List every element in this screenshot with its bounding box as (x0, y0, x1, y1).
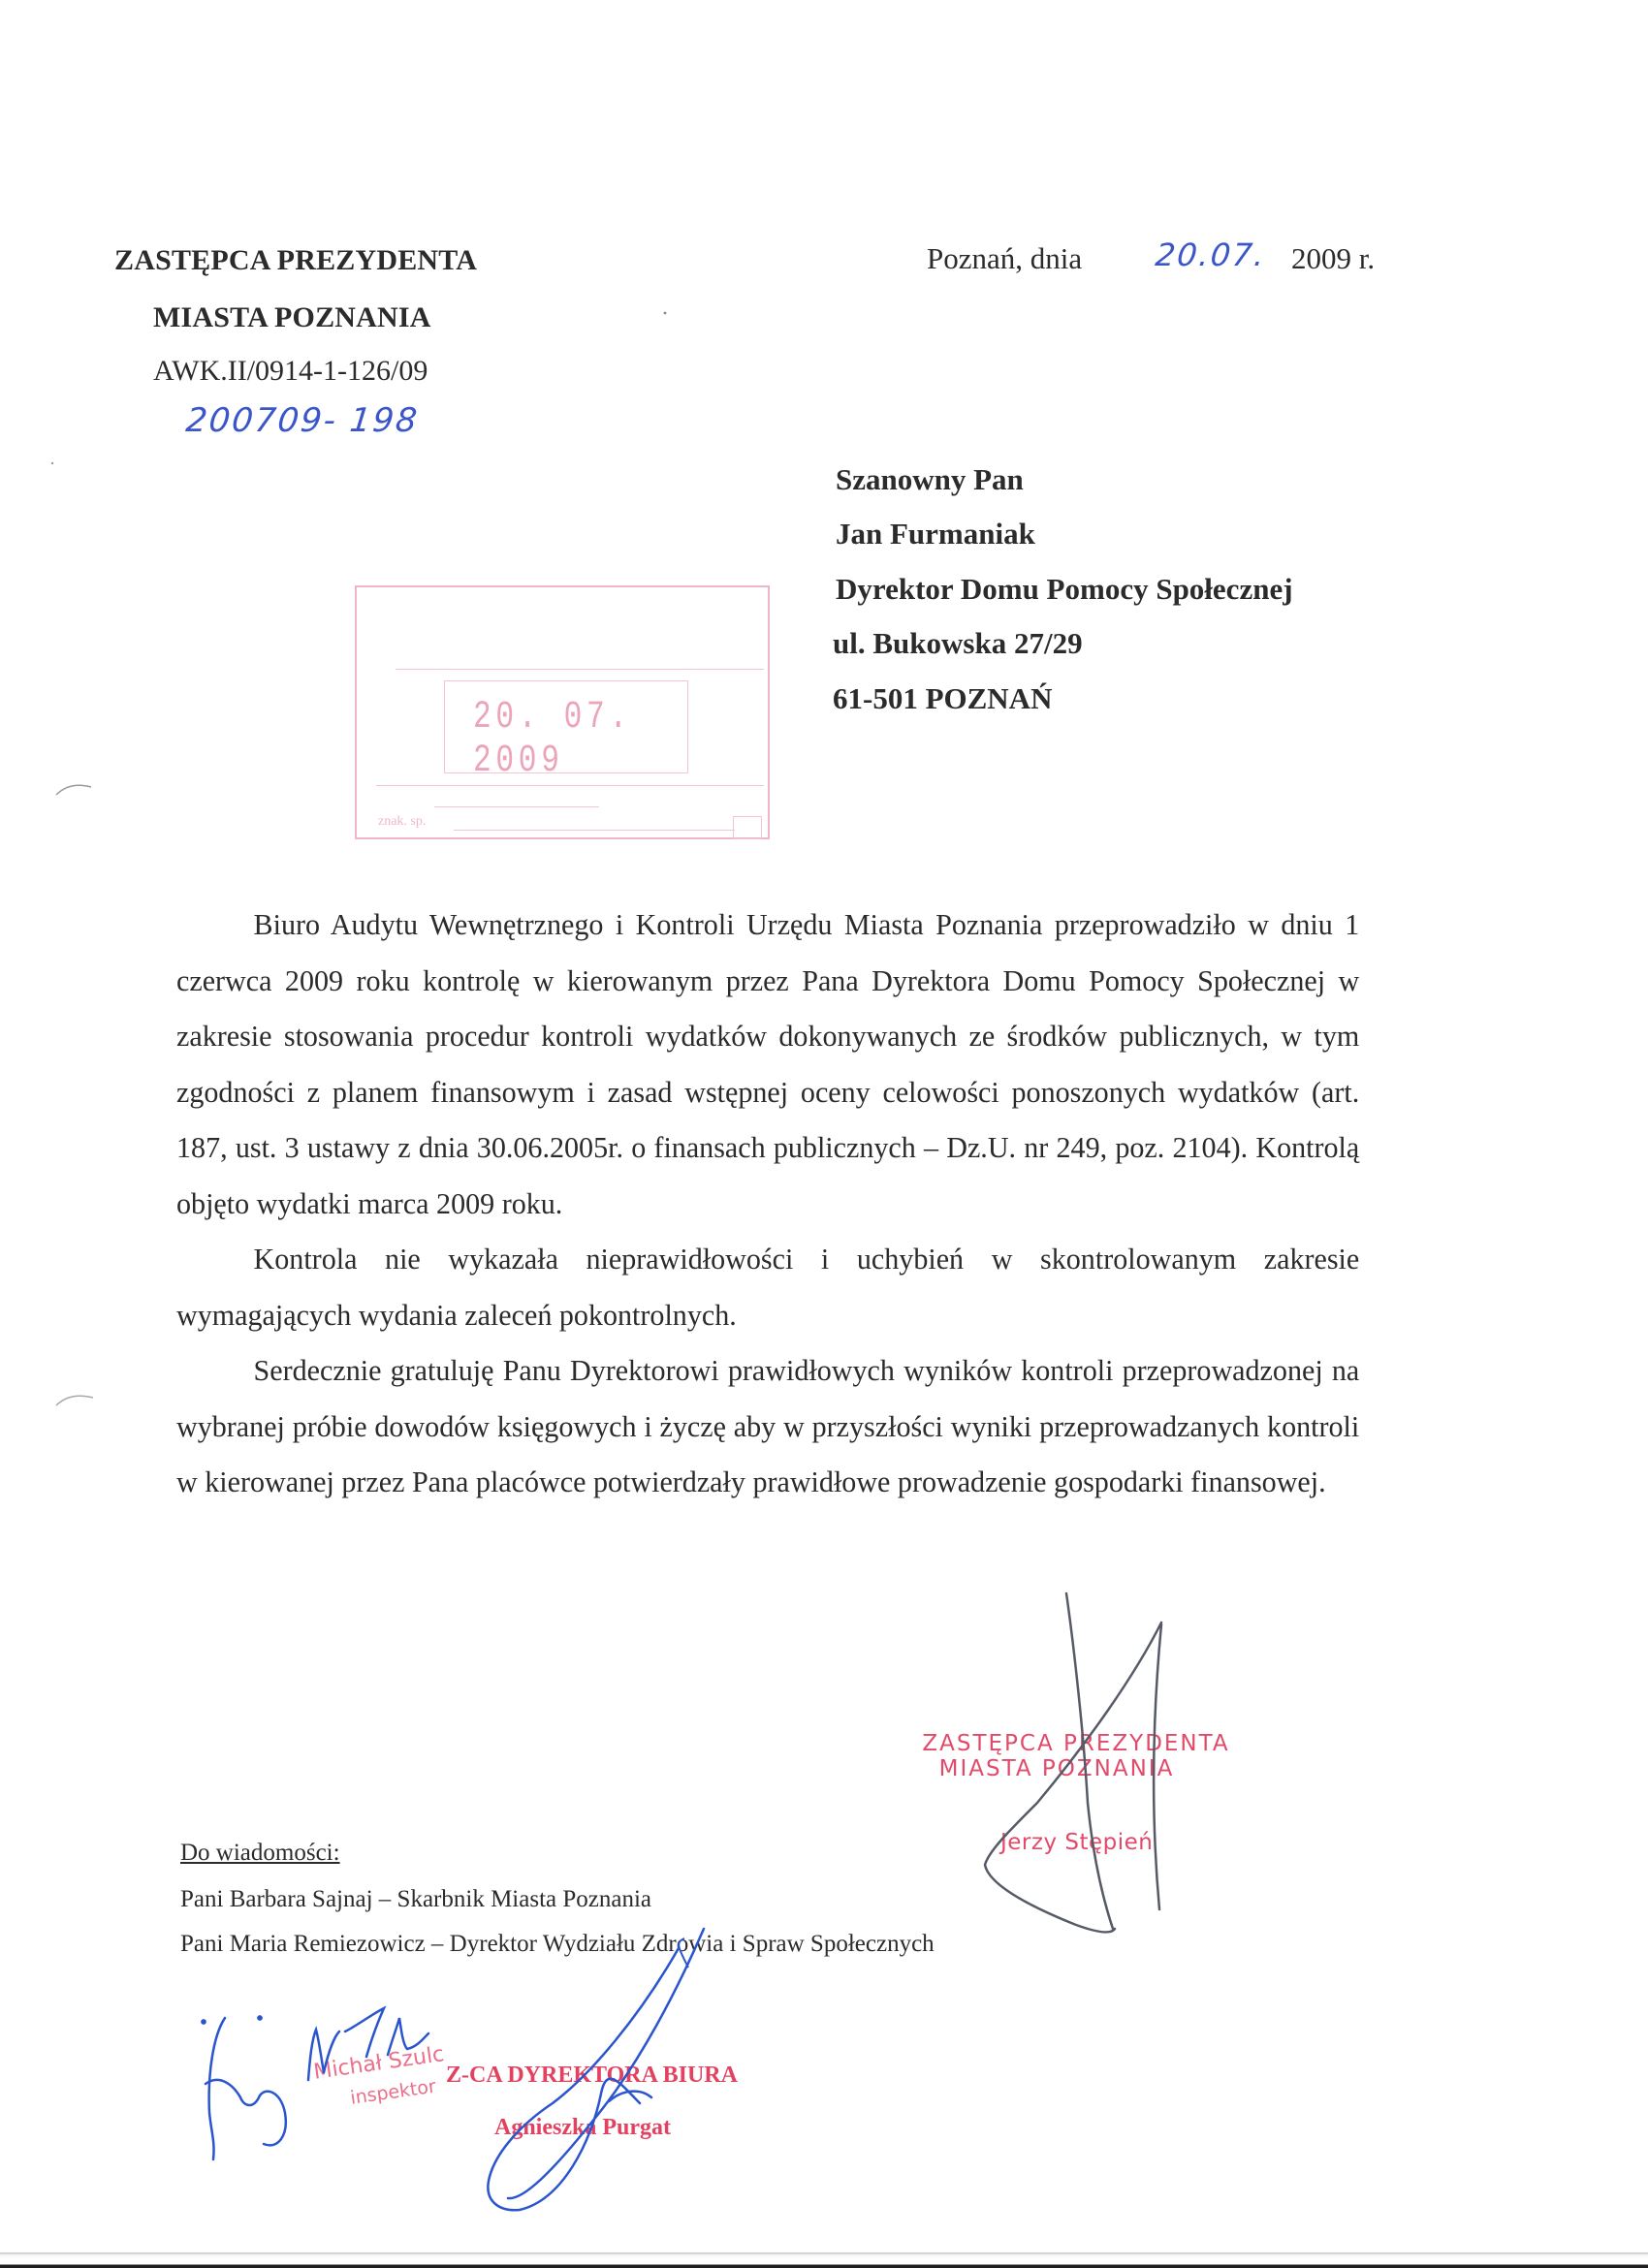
recipient-title: Dyrektor Domu Pomocy Społecznej (836, 572, 1293, 607)
inspector-stamp-title: inspektor (349, 2076, 437, 2109)
issuer-title-line2: MIASTA POZNANIA (153, 301, 431, 334)
issuer-title-line1: ZASTĘPCA PREZYDENTA (114, 244, 477, 277)
cc-title: Do wiadomości: (180, 1840, 340, 1867)
cc-recipient: Pani Barbara Sajnaj – Skarbnik Miasta Po… (180, 1886, 651, 1913)
recipient-salutation: Szanowny Pan (836, 462, 1024, 497)
letter-body: Biuro Audytu Wewnętrznego i Kontroli Urz… (176, 897, 1359, 1510)
speck (664, 312, 667, 315)
body-paragraph-3: Serdecznie gratuluję Panu Dyrektorowi pr… (176, 1342, 1359, 1510)
stamp-divider (454, 830, 735, 831)
handwritten-reference: 200709- 198 (184, 401, 421, 440)
scan-bottom-edge (0, 2252, 1648, 2268)
reference-number: AWK.II/0914-1-126/09 (153, 355, 428, 388)
signature-stamp-line1: ZASTĘPCA PREZYDENTA (911, 1731, 1241, 1756)
stamp-small-box (733, 816, 762, 839)
date-year: 2009 r. (1291, 241, 1375, 276)
stamp-divider (434, 806, 599, 807)
cc-recipient: Pani Maria Remiezowicz – Dyrektor Wydzia… (180, 1931, 935, 1958)
deputy-director-stamp-name: Agnieszka Purgat (494, 2115, 671, 2141)
body-paragraph-2: Kontrola nie wykazała nieprawidłowości i… (176, 1231, 1359, 1342)
date-prefix: Poznań, dnia (927, 241, 1082, 276)
body-paragraph-1: Biuro Audytu Wewnętrznego i Kontroli Urz… (176, 897, 1359, 1231)
recipient-name: Jan Furmaniak (836, 517, 1035, 551)
recipient-city: 61-501 POZNAŃ (833, 681, 1052, 716)
stamp-date: 20. 07. 2009 (473, 696, 703, 783)
margin-mark (56, 785, 91, 795)
signature-stamp-line2: MIASTA POZNANIA (911, 1756, 1202, 1781)
margin-mark (56, 1396, 93, 1405)
signature-stamp-name: Jerzy Stępień (1000, 1830, 1153, 1855)
stamp-label: znak. sp. (378, 814, 426, 830)
stamp-divider (396, 669, 764, 670)
speck (51, 462, 53, 464)
recipient-street: ul. Bukowska 27/29 (833, 626, 1083, 661)
stamp-divider (376, 785, 764, 786)
deputy-director-stamp-title: Z-CA DYREKTORA BIURA (446, 2063, 738, 2089)
handwritten-date: 20.07. (1154, 236, 1268, 273)
signature-initials-left (202, 2016, 285, 2159)
received-stamp: 20. 07. 2009 znak. sp. (355, 585, 770, 839)
